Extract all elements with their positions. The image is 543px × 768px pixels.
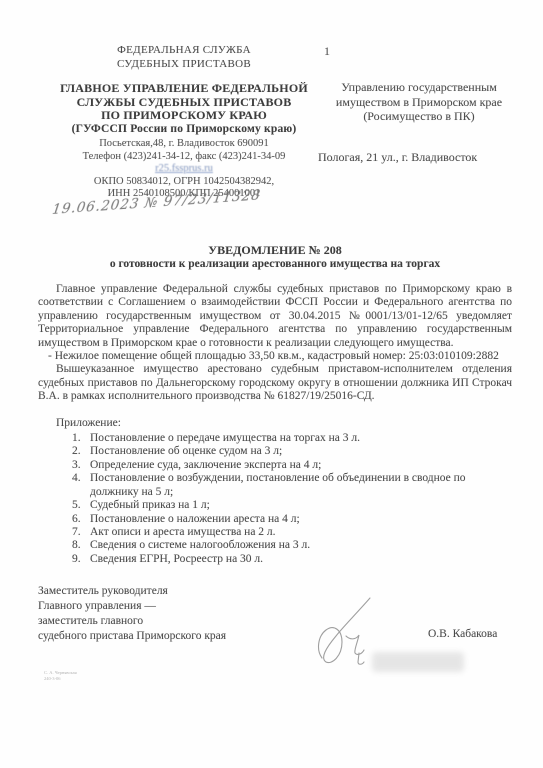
org-phone: Телефон (423)241-34-12, факс (423)241-34… xyxy=(36,151,332,164)
attachment-item: Постановление о возбуждении, постановлен… xyxy=(72,472,512,499)
recipient-line-2: имуществом в Приморском крае xyxy=(328,95,510,110)
property-description-line: - Нежилое помещение общей площадью 33,50… xyxy=(38,350,512,363)
document-title-number: УВЕДОМЛЕНИЕ № 208 xyxy=(38,243,512,257)
org-name-line-1: ГЛАВНОЕ УПРАВЛЕНИЕ ФЕДЕРАЛЬНОЙ xyxy=(36,82,332,96)
signatory-position-line-2: Главного управления — xyxy=(38,599,298,614)
executor-phone: 240-3-06 xyxy=(44,676,77,682)
org-address: Посьетская,48, г. Владивосток 690091 xyxy=(36,138,332,151)
signatory-name: О.В. Кабакова xyxy=(428,628,497,640)
signatory-position: Заместитель руководителя Главного управл… xyxy=(38,584,298,644)
attachment-item: Постановление о наложении ареста на 4 л; xyxy=(72,513,512,526)
body-paragraph-1: Главное управление Федеральной службы су… xyxy=(38,283,512,350)
scanned-document-page: 1 ФЕДЕРАЛЬНАЯ СЛУЖБА СУДЕБНЫХ ПРИСТАВОВ … xyxy=(0,0,543,768)
attachments-list: Постановление о передаче имущества на то… xyxy=(72,432,512,566)
org-parent-line-1: ФЕДЕРАЛЬНАЯ СЛУЖБА xyxy=(36,44,332,58)
org-name-line-3: ПО ПРИМОРСКОМУ КРАЮ xyxy=(36,109,332,123)
signatory-position-line-4: судебного пристава Приморского края xyxy=(38,629,298,644)
attachment-item: Постановление о передаче имущества на то… xyxy=(72,432,512,445)
org-parent-name: ФЕДЕРАЛЬНАЯ СЛУЖБА СУДЕБНЫХ ПРИСТАВОВ xyxy=(36,44,332,71)
signatory-position-line-3: заместитель главного xyxy=(38,614,298,629)
recipient-line-1: Управлению государственным xyxy=(328,80,510,95)
org-website-link: r25.fssprus.ru xyxy=(155,163,213,174)
recipient-block: Управлению государственным имуществом в … xyxy=(328,80,510,124)
document-title: УВЕДОМЛЕНИЕ № 208 о готовности к реализа… xyxy=(38,243,512,271)
executor-note: С. А. Чернявская 240-3-06 xyxy=(44,670,77,682)
signatory-position-line-1: Заместитель руководителя xyxy=(38,584,298,599)
document-body: Главное управление Федеральной службы су… xyxy=(38,283,512,566)
attachment-item: Акт описи и ареста имущества на 2 л. xyxy=(72,526,512,539)
attachment-item: Сведения ЕГРН, Росреестр на 30 л. xyxy=(72,553,512,566)
sender-header-block: ФЕДЕРАЛЬНАЯ СЛУЖБА СУДЕБНЫХ ПРИСТАВОВ ГЛ… xyxy=(36,44,332,201)
attachment-item: Судебный приказ на 1 л; xyxy=(72,499,512,512)
body-paragraph-2: Вышеуказанное имущество арестовано судеб… xyxy=(38,363,512,403)
recipient-address: Пологая, 21 ул., г. Владивосток xyxy=(318,150,518,165)
document-title-subject: о готовности к реализации арестованного … xyxy=(38,257,512,271)
attachment-item: Определение суда, заключение эксперта на… xyxy=(72,459,512,472)
org-name-line-2: СЛУЖБЫ СУДЕБНЫХ ПРИСТАВОВ xyxy=(36,96,332,110)
recipient-line-3: (Росимущество в ПК) xyxy=(328,109,510,124)
org-name-short: (ГУФССП России по Приморскому краю) xyxy=(36,123,332,137)
org-parent-line-2: СУДЕБНЫХ ПРИСТАВОВ xyxy=(36,58,332,72)
scan-smudge xyxy=(372,652,464,672)
org-name: ГЛАВНОЕ УПРАВЛЕНИЕ ФЕДЕРАЛЬНОЙ СЛУЖБЫ СУ… xyxy=(36,82,332,136)
attachments-label: Приложение: xyxy=(38,417,512,430)
attachment-item: Постановление об оценке судом на 3 л; xyxy=(72,445,512,458)
attachment-item: Сведения о системе налогообложения на 3 … xyxy=(72,539,512,552)
